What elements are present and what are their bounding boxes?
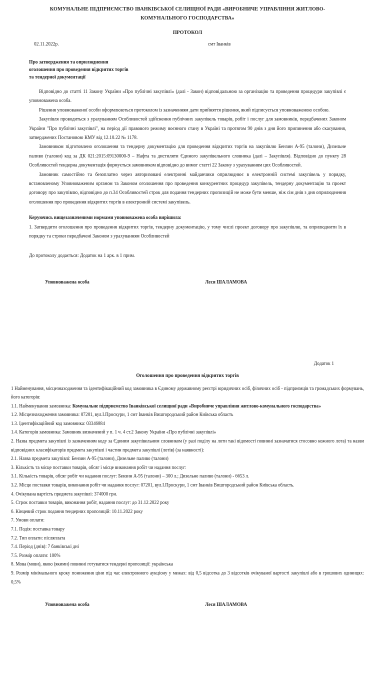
announcement-item: 7.4. Період (днів): 7 банківські дні — [11, 543, 364, 552]
subject-line: Про затвердження та оприлюднення — [29, 59, 346, 67]
signature-row: Уповноважена особа Леся ШАЛАМОВА — [11, 602, 364, 609]
announcement-item: 7. Умови оплати: — [11, 517, 364, 526]
org-name: КОМУНАЛЬНЕ ПІДПРИЄМСТВО ІВАНКІВСЬКОЇ СЕЛ… — [35, 5, 340, 23]
document-place: смт Іванків — [208, 42, 231, 47]
attachment-note: До протоколу додається: Додаток на 1 арк… — [29, 253, 346, 258]
protocol-page: КОМУНАЛЬНЕ ПІДПРИЄМСТВО ІВАНКІВСЬКОЇ СЕЛ… — [0, 0, 375, 286]
subject-block: Про затвердження та оприлюднення оголоше… — [29, 59, 346, 82]
announcement-item: 7.2. Тип оплати: післяплата — [11, 534, 364, 543]
announcement-item: 7.1. Подія: поставка товару — [11, 526, 364, 535]
announcement-item: 2.1. Назва предмета закупівлі: Бензин А-… — [11, 455, 364, 464]
body-paragraphs: Відповідно до статті 11 Закону України «… — [29, 88, 346, 208]
signature-role: Уповноважена особа — [45, 279, 89, 285]
annex-label: Додаток 1 — [11, 361, 364, 366]
body-paragraph: Рішення уповноваженої особи оформлюються… — [29, 106, 346, 115]
announcement-title: Оголошення про проведення відкритих торг… — [11, 373, 364, 379]
announcement-item: 8. Мова (мови), якою (якими) повинні гот… — [11, 561, 364, 570]
document-scale-wrapper: КОМУНАЛЬНЕ ПІДПРИЄМСТВО ІВАНКІВСЬКОЇ СЕЛ… — [0, 0, 375, 690]
document-date: 02.11.2022р. — [34, 42, 59, 47]
document-type-heading: ПРОТОКОЛ — [29, 30, 346, 36]
announcement-item: 1 Найменування, місцезнаходження та іден… — [11, 385, 364, 403]
announcement-item: 4. Очікувана вартість предмета закупівлі… — [11, 490, 364, 499]
date-place-row: 02.11.2022р. смт Іванків — [29, 42, 346, 49]
announcement-item: 1.4. Категорія замовника: Замовник визна… — [11, 429, 364, 438]
announcement-item: 9. Розмір мінімального кроку пониження ц… — [11, 569, 364, 587]
announcement-item: 1.3. Ідентифікаційний код замовника: 033… — [11, 420, 364, 429]
announcement-items: 1 Найменування, місцезнаходження та іден… — [11, 385, 364, 587]
announcement-item: 2. Назва предмета закупівлі із зазначенн… — [11, 438, 364, 456]
signature-role: Уповноважена особа — [45, 602, 89, 608]
resolution-item: 1. Затвердити оголошення про проведення … — [29, 223, 346, 241]
announcement-item: 1.2. Місцезнаходження замовника: 07201, … — [11, 411, 364, 420]
body-paragraph: Замовником підготовлено оголошення та те… — [29, 143, 346, 171]
resolution-heading: Керуючись вищезазначеними нормами уповно… — [29, 214, 346, 223]
subject-line: та тендерної документації — [29, 74, 346, 82]
announcement-item: 5. Строк поставки товарів, виконання роб… — [11, 499, 364, 508]
body-paragraph: Замовник самостійно та безоплатно через … — [29, 170, 346, 207]
annex-page: Додаток 1 Оголошення про проведення відк… — [0, 361, 375, 609]
announcement-item: 3. Кількість та місце поставки товарів, … — [11, 464, 364, 473]
body-paragraph: Відповідно до статті 11 Закону України «… — [29, 88, 346, 106]
announcement-item: 3.1. Кількість товарів, обсяг робіт чи н… — [11, 473, 364, 482]
announcement-item: 1.1. Найменування замовника: Комунальне … — [11, 402, 364, 411]
signature-name: Леся ШАЛАМОВА — [205, 602, 247, 608]
signature-row: Уповноважена особа Леся ШАЛАМОВА — [29, 279, 346, 286]
scanned-document: КОМУНАЛЬНЕ ПІДПРИЄМСТВО ІВАНКІВСЬКОЇ СЕЛ… — [0, 0, 375, 690]
body-paragraph: Закупівля проводиться з урахуванням Особ… — [29, 115, 346, 143]
announcement-item: 3.2. Місце поставки товарів, виконання р… — [11, 482, 364, 491]
announcement-item: 7.5. Розмір оплати: 100% — [11, 552, 364, 561]
signature-name: Леся ШАЛАМОВА — [205, 279, 247, 285]
subject-line: оголошення про проведення відкритих торг… — [29, 66, 346, 74]
announcement-item: 6. Кінцевий строк подання тендерних проп… — [11, 508, 364, 517]
